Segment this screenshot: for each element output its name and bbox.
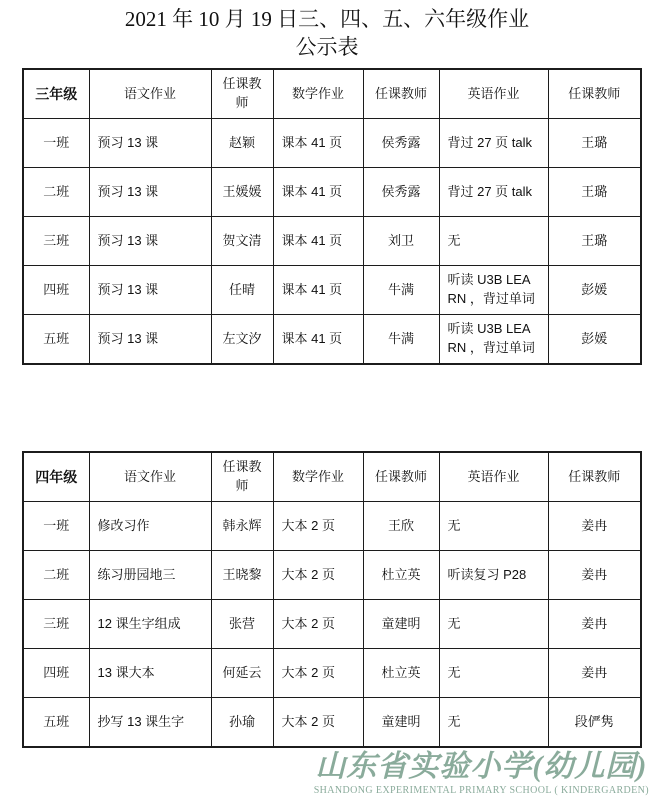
homework-cell: 无 (439, 600, 548, 649)
homework-cell: 课本 41 页 (273, 217, 363, 266)
grade3-table-body: 一班预习 13 课赵颖课本 41 页侯秀露背过 27 页 talk王璐二班预习 … (23, 119, 641, 365)
teacher-name-cell: 牛满 (363, 266, 439, 315)
class-label: 五班 (23, 698, 89, 748)
homework-cell: 课本 41 页 (273, 119, 363, 168)
column-header-english-homework: 英语作业 (439, 452, 548, 502)
teacher-name-cell: 王璐 (548, 168, 641, 217)
homework-cell: 预习 13 课 (89, 315, 211, 365)
homework-cell: 预习 13 课 (89, 266, 211, 315)
teacher-name-cell: 贺文清 (211, 217, 273, 266)
grade4-homework-table: 四年级 语文作业 任课教师 数学作业 任课教师 英语作业 任课教师 一班修改习作… (22, 451, 642, 748)
homework-cell: 大本 2 页 (273, 698, 363, 748)
class-label: 四班 (23, 649, 89, 698)
grade3-homework-table: 三年级 语文作业 任课教师 数学作业 任课教师 英语作业 任课教师 一班预习 1… (22, 68, 642, 365)
table-row: 三班预习 13 课贺文清课本 41 页刘卫无王璐 (23, 217, 641, 266)
homework-cell: 大本 2 页 (273, 600, 363, 649)
teacher-name-cell: 何延云 (211, 649, 273, 698)
homework-cell: 13 课大本 (89, 649, 211, 698)
homework-cell: 无 (439, 649, 548, 698)
table-row: 二班练习册园地三王晓黎大本 2 页杜立英听读复习 P28姜冉 (23, 551, 641, 600)
homework-cell: 课本 41 页 (273, 168, 363, 217)
teacher-name-cell: 王媛媛 (211, 168, 273, 217)
homework-cell: 无 (439, 502, 548, 551)
homework-cell: 听读 U3B LEARN ，背过单词 (439, 266, 548, 315)
teacher-name-cell: 张营 (211, 600, 273, 649)
column-header-math-homework: 数学作业 (273, 452, 363, 502)
school-name-english: SHANDONG EXPERIMENTAL PRIMARY SCHOOL ( K… (314, 785, 649, 797)
teacher-name-cell: 姜冉 (548, 551, 641, 600)
header-row: 三年级 语文作业 任课教师 数学作业 任课教师 英语作业 任课教师 (23, 69, 641, 119)
column-header-teacher: 任课教师 (363, 69, 439, 119)
teacher-name-cell: 段俨隽 (548, 698, 641, 748)
column-header-math-homework: 数学作业 (273, 69, 363, 119)
column-header-teacher: 任课教师 (363, 452, 439, 502)
table-row: 三班12 课生字组成张营大本 2 页童建明无姜冉 (23, 600, 641, 649)
table-row: 一班修改习作韩永辉大本 2 页王欣无姜冉 (23, 502, 641, 551)
teacher-name-cell: 侯秀露 (363, 168, 439, 217)
homework-cell: 12 课生字组成 (89, 600, 211, 649)
header-row: 四年级 语文作业 任课教师 数学作业 任课教师 英语作业 任课教师 (23, 452, 641, 502)
school-name-chinese: 山东省实验小学(幼儿园) (314, 750, 649, 784)
teacher-name-cell: 刘卫 (363, 217, 439, 266)
teacher-name-cell: 赵颖 (211, 119, 273, 168)
homework-cell: 背过 27 页 talk (439, 119, 548, 168)
homework-cell: 大本 2 页 (273, 502, 363, 551)
teacher-name-cell: 王璐 (548, 119, 641, 168)
homework-cell: 课本 41 页 (273, 315, 363, 365)
table-row: 四班13 课大本何延云大本 2 页杜立英无姜冉 (23, 649, 641, 698)
table-row: 二班预习 13 课王媛媛课本 41 页侯秀露背过 27 页 talk王璐 (23, 168, 641, 217)
homework-cell: 无 (439, 698, 548, 748)
class-label: 二班 (23, 551, 89, 600)
teacher-name-cell: 童建明 (363, 600, 439, 649)
teacher-name-cell: 姜冉 (548, 502, 641, 551)
teacher-name-cell: 王璐 (548, 217, 641, 266)
teacher-name-cell: 侯秀露 (363, 119, 439, 168)
class-label: 三班 (23, 217, 89, 266)
table-row: 四班预习 13 课任晴课本 41 页牛满听读 U3B LEARN ，背过单词彭媛 (23, 266, 641, 315)
column-header-english-homework: 英语作业 (439, 69, 548, 119)
class-label: 三班 (23, 600, 89, 649)
teacher-name-cell: 王欣 (363, 502, 439, 551)
column-header-chinese-homework: 语文作业 (89, 452, 211, 502)
column-header-teacher: 任课教师 (548, 69, 641, 119)
homework-cell: 修改习作 (89, 502, 211, 551)
column-header-chinese-homework: 语文作业 (89, 69, 211, 119)
class-label: 五班 (23, 315, 89, 365)
teacher-name-cell: 牛满 (363, 315, 439, 365)
teacher-name-cell: 杜立英 (363, 649, 439, 698)
teacher-name-cell: 姜冉 (548, 600, 641, 649)
grade4-table-body: 一班修改习作韩永辉大本 2 页王欣无姜冉二班练习册园地三王晓黎大本 2 页杜立英… (23, 502, 641, 748)
class-label: 一班 (23, 502, 89, 551)
class-label: 四班 (23, 266, 89, 315)
teacher-name-cell: 彭媛 (548, 266, 641, 315)
homework-cell: 听读复习 P28 (439, 551, 548, 600)
column-header-teacher: 任课教师 (211, 452, 273, 502)
table-row: 五班抄写 13 课生字孙瑜大本 2 页童建明无段俨隽 (23, 698, 641, 748)
homework-cell: 课本 41 页 (273, 266, 363, 315)
homework-cell: 练习册园地三 (89, 551, 211, 600)
homework-cell: 预习 13 课 (89, 217, 211, 266)
teacher-name-cell: 杜立英 (363, 551, 439, 600)
class-label: 二班 (23, 168, 89, 217)
teacher-name-cell: 孙瑜 (211, 698, 273, 748)
homework-notice-page: 2021 年 10 月 19 日三、四、五、六年级作业 公示表 三年级 语文作业… (0, 0, 654, 800)
table-row: 一班预习 13 课赵颖课本 41 页侯秀露背过 27 页 talk王璐 (23, 119, 641, 168)
teacher-name-cell: 童建明 (363, 698, 439, 748)
school-logo: 山东省实验小学(幼儿园) SHANDONG EXPERIMENTAL PRIMA… (314, 750, 649, 797)
homework-cell: 大本 2 页 (273, 649, 363, 698)
page-title-line2: 公示表 (296, 35, 359, 59)
teacher-name-cell: 王晓黎 (211, 551, 273, 600)
homework-cell: 大本 2 页 (273, 551, 363, 600)
column-header-teacher: 任课教师 (211, 69, 273, 119)
grade-label: 四年级 (23, 452, 89, 502)
page-title-line1: 2021 年 10 月 19 日三、四、五、六年级作业 (125, 7, 529, 31)
teacher-name-cell: 左文汐 (211, 315, 273, 365)
teacher-name-cell: 姜冉 (548, 649, 641, 698)
homework-cell: 预习 13 课 (89, 119, 211, 168)
homework-cell: 预习 13 课 (89, 168, 211, 217)
homework-cell: 听读 U3B LEARN ，背过单词 (439, 315, 548, 365)
homework-cell: 抄写 13 课生字 (89, 698, 211, 748)
class-label: 一班 (23, 119, 89, 168)
teacher-name-cell: 任晴 (211, 266, 273, 315)
page-title: 2021 年 10 月 19 日三、四、五、六年级作业 公示表 (0, 0, 654, 61)
grade-label: 三年级 (23, 69, 89, 119)
table-row: 五班预习 13 课左文汐课本 41 页牛满听读 U3B LEARN ，背过单词彭… (23, 315, 641, 365)
column-header-teacher: 任课教师 (548, 452, 641, 502)
homework-cell: 背过 27 页 talk (439, 168, 548, 217)
homework-cell: 无 (439, 217, 548, 266)
teacher-name-cell: 韩永辉 (211, 502, 273, 551)
teacher-name-cell: 彭媛 (548, 315, 641, 365)
